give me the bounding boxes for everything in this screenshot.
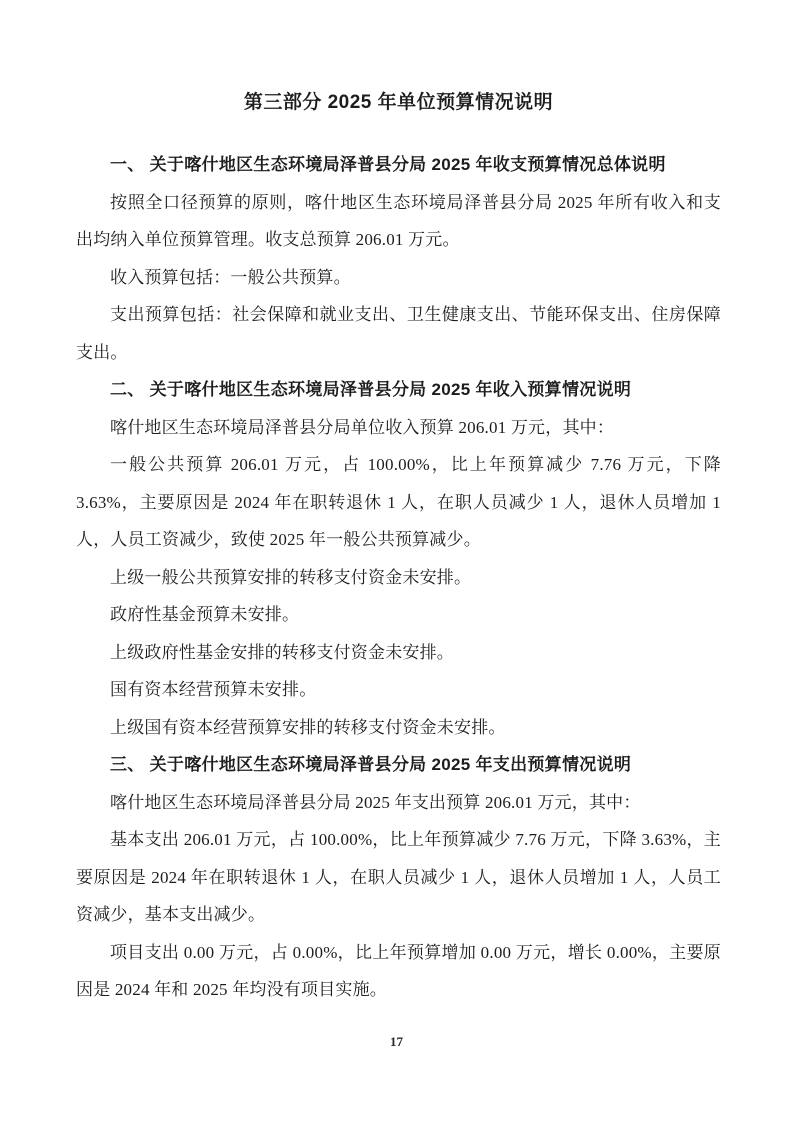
section-3-paragraph-2: 基本支出 206.01 万元，占 100.00%，比上年预算减少 7.76 万元… [76, 821, 721, 934]
section-2-paragraph-6: 国有资本经营预算未安排。 [76, 671, 721, 709]
section-2-paragraph-4: 政府性基金预算未安排。 [76, 596, 721, 634]
section-2-heading: 二、 关于喀什地区生态环境局泽普县分局 2025 年收入预算情况说明 [76, 371, 721, 409]
section-2-paragraph-1: 喀什地区生态环境局泽普县分局单位收入预算 206.01 万元，其中： [76, 409, 721, 447]
section-2-paragraph-3: 上级一般公共预算安排的转移支付资金未安排。 [76, 559, 721, 597]
page-number: 17 [0, 1034, 793, 1050]
section-overall-budget: 一、 关于喀什地区生态环境局泽普县分局 2025 年收支预算情况总体说明 按照全… [76, 146, 721, 371]
document-page: 第三部分 2025 年单位预算情况说明 一、 关于喀什地区生态环境局泽普县分局 … [0, 0, 793, 1122]
section-3-paragraph-1: 喀什地区生态环境局泽普县分局 2025 年支出预算 206.01 万元，其中： [76, 784, 721, 822]
section-income-budget: 二、 关于喀什地区生态环境局泽普县分局 2025 年收入预算情况说明 喀什地区生… [76, 371, 721, 746]
section-1-paragraph-3: 支出预算包括：社会保障和就业支出、卫生健康支出、节能环保支出、住房保障支出。 [76, 296, 721, 371]
section-2-paragraph-5: 上级政府性基金安排的转移支付资金未安排。 [76, 634, 721, 672]
section-1-paragraph-1: 按照全口径预算的原则，喀什地区生态环境局泽普县分局 2025 年所有收入和支出均… [76, 184, 721, 259]
section-1-paragraph-2: 收入预算包括：一般公共预算。 [76, 259, 721, 297]
section-2-paragraph-7: 上级国有资本经营预算安排的转移支付资金未安排。 [76, 709, 721, 747]
section-3-paragraph-3: 项目支出 0.00 万元，占 0.00%，比上年预算增加 0.00 万元，增长 … [76, 934, 721, 1009]
section-1-heading: 一、 关于喀什地区生态环境局泽普县分局 2025 年收支预算情况总体说明 [76, 146, 721, 184]
section-expenditure-budget: 三、 关于喀什地区生态环境局泽普县分局 2025 年支出预算情况说明 喀什地区生… [76, 746, 721, 1009]
section-2-paragraph-2: 一般公共预算 206.01 万元，占 100.00%，比上年预算减少 7.76 … [76, 446, 721, 559]
page-title: 第三部分 2025 年单位预算情况说明 [76, 84, 721, 122]
section-3-heading: 三、 关于喀什地区生态环境局泽普县分局 2025 年支出预算情况说明 [76, 746, 721, 784]
